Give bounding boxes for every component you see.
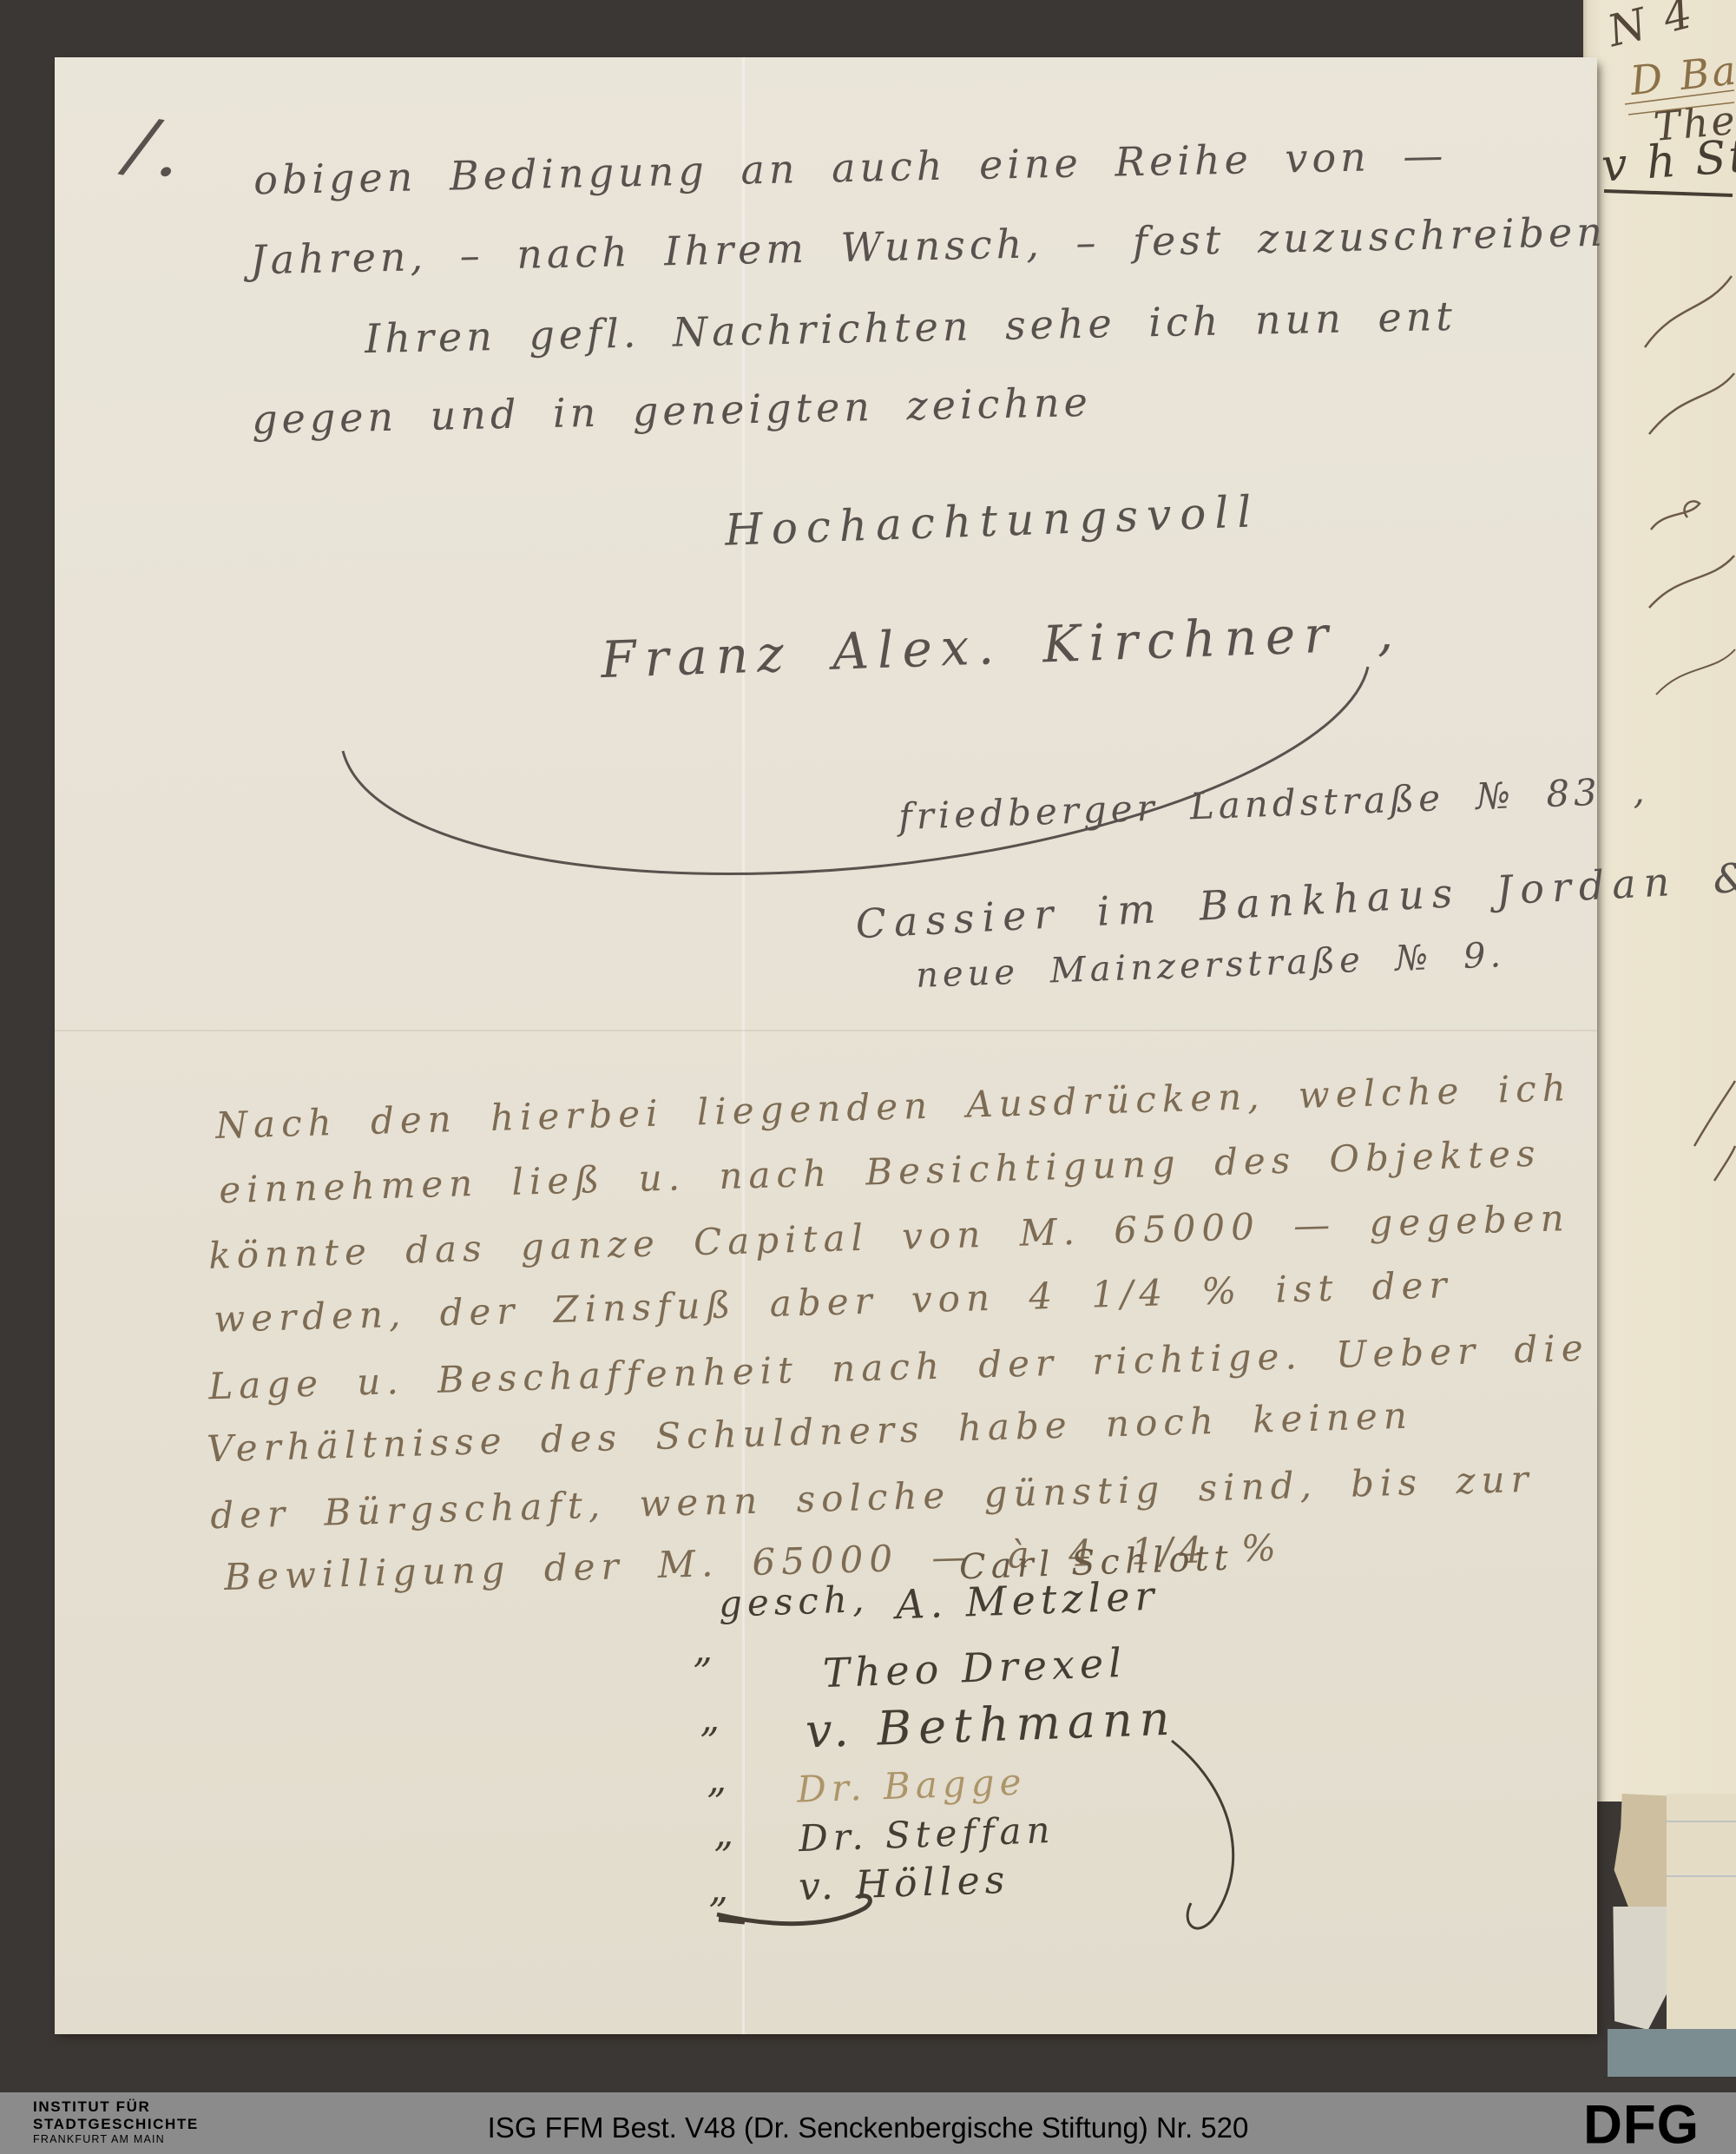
signature-bethmann: v. Bethmann	[805, 1696, 1177, 1755]
ditto-mark-1: „	[692, 1630, 718, 1670]
signature-hoelles: v. Hölles	[798, 1861, 1010, 1907]
signature-drexel: Theo Drexel	[822, 1643, 1127, 1693]
signature-steffan: Dr. Steffan	[798, 1812, 1055, 1857]
signature-bagge: Dr. Bagge	[796, 1763, 1027, 1808]
ruled-paper-edge	[1667, 1794, 1736, 2030]
horizontal-fold-crease	[55, 1030, 1597, 1031]
archive-scan-canvas: N 4 D Bag Thef v h Stle /. obigen Beding…	[0, 0, 1736, 2154]
ruled-line	[1667, 1875, 1736, 1877]
blue-gray-paper-edge	[1608, 2029, 1736, 2077]
archive-reference-caption: ISG FFM Best. V48 (Dr. Senckenbergische …	[0, 2111, 1736, 2144]
ditto-mark-4: „	[713, 1815, 739, 1854]
side-fragment-4: v h Stle	[1600, 130, 1736, 188]
ditto-mark-3: „	[706, 1761, 732, 1800]
approval-label: gesch,	[718, 1581, 870, 1623]
ditto-mark-2: „	[699, 1700, 725, 1739]
signature-metzler: A. Metzler	[895, 1576, 1160, 1625]
dfg-logo: DFG	[1583, 2093, 1700, 2154]
ruled-line	[1667, 1821, 1736, 1822]
ditto-mark-5: „	[707, 1870, 733, 1909]
